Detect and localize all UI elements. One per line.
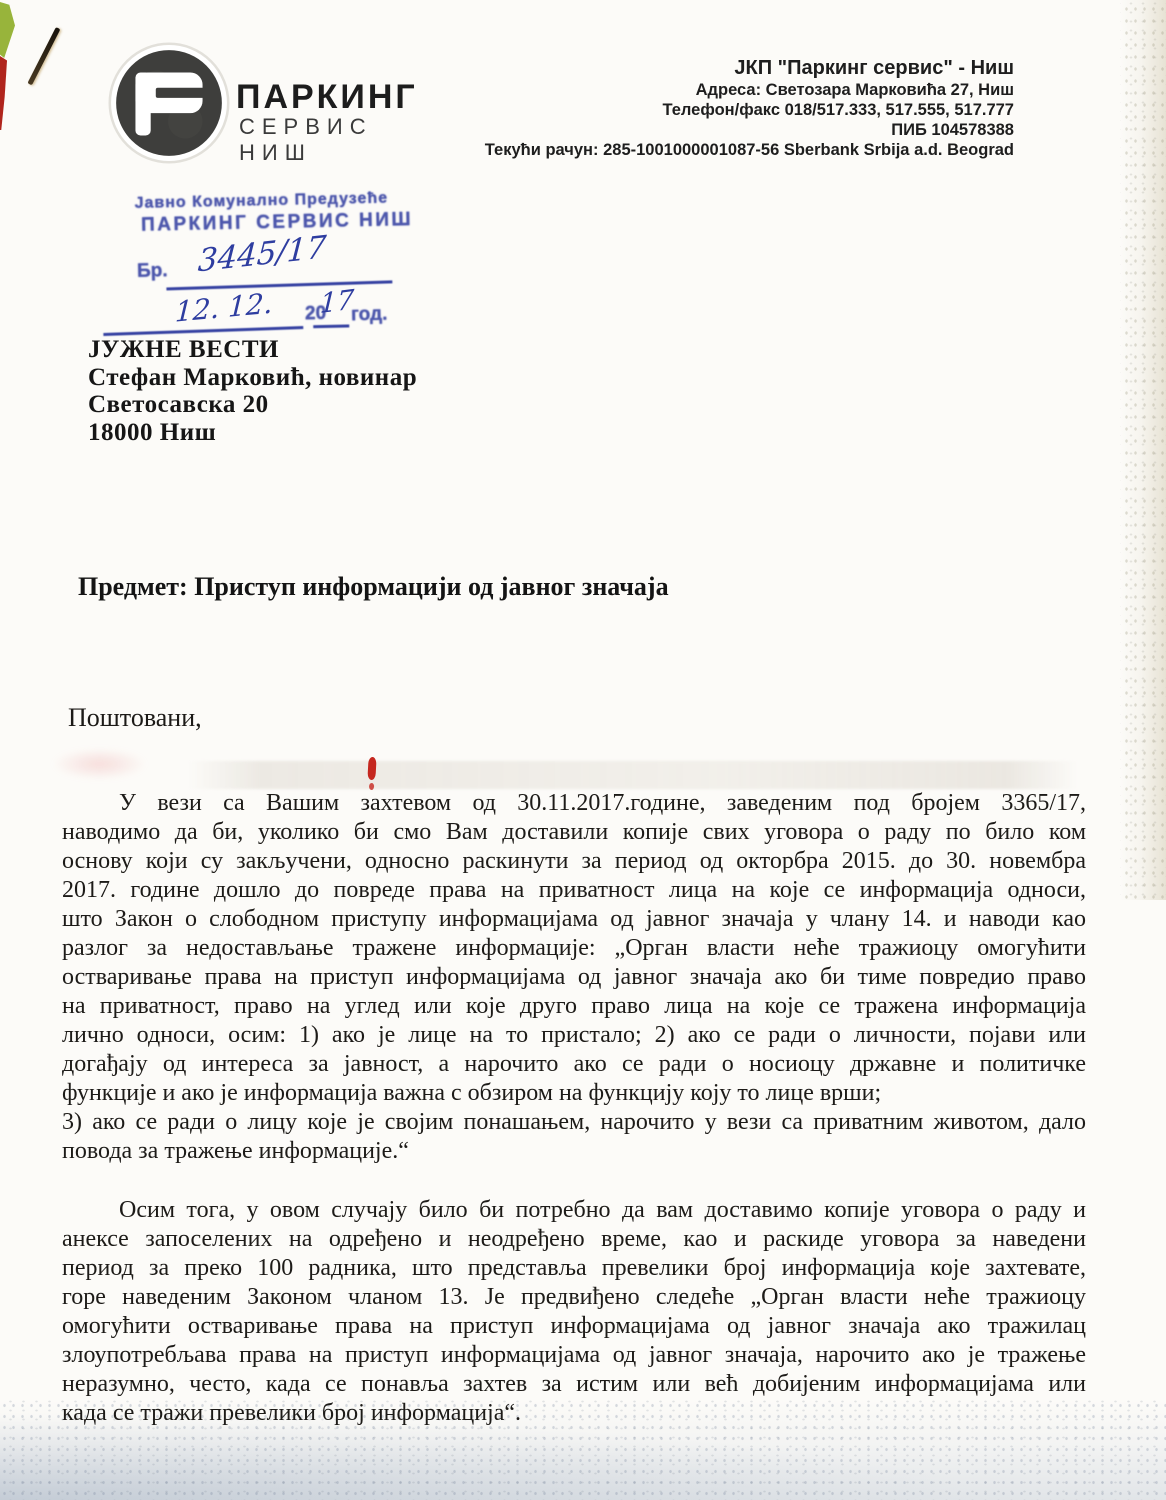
recipient-person: Стефан Марковић, новинар: [88, 364, 417, 392]
text-line: У вези са Вашим захтевом од 30.11.2017.г…: [62, 789, 1086, 818]
text-line: на приватност, право на углед или које д…: [62, 992, 1086, 1021]
letterhead-company: ЈКП "Паркинг сервис" - Ниш: [374, 56, 1014, 80]
text-line: горе наведеним Законом чланом 13. Је пре…: [62, 1283, 1086, 1312]
text-line: што Закон о слободном приступу информаци…: [62, 905, 1086, 934]
stamp-underline-1: [166, 280, 392, 290]
stamp-handwritten-date: 12. 12.: [174, 286, 273, 328]
green-corner-artifact: [0, 2, 15, 58]
stamp-handwritten-number: 3445/17: [197, 229, 327, 279]
recipient-street: Светосавска 20: [88, 391, 417, 419]
text-line: анексе запоселених на одређено и неодређ…: [62, 1225, 1086, 1254]
parking-p-icon: [108, 42, 230, 164]
text-line: функције и ако је информација важна с об…: [62, 1079, 1086, 1108]
text-line: злоупотребљава права на приступ информац…: [62, 1341, 1086, 1370]
stamp-number-label: Бр.: [137, 260, 168, 283]
salutation: Поштовани,: [68, 703, 202, 733]
subject-line: Предмет: Приступ информацији од јавног з…: [78, 572, 669, 602]
body-paragraph-2: Осим тога, у овом случају било би потреб…: [62, 1196, 1086, 1428]
text-line: остваривање права на приступ информација…: [62, 963, 1086, 992]
stamp-underline-2: [103, 326, 303, 336]
stamp-year-suffix: год.: [351, 304, 388, 327]
text-line: разлог за недостављање тражене информаци…: [62, 934, 1086, 963]
text-line: период за преко 100 радника, што предста…: [62, 1254, 1086, 1283]
letterhead: ЈКП "Паркинг сервис" - Ниш Адреса: Свето…: [374, 56, 1014, 160]
text-line: догађају од интереса за јавност, а нароч…: [62, 1050, 1086, 1079]
recipient-block: ЈУЖНЕ ВЕСТИ Стефан Марковић, новинар Све…: [88, 336, 417, 446]
text-line: омогућити остваривање права на приступ и…: [62, 1312, 1086, 1341]
text-line: наводимо да би, уколико би смо Вам доста…: [62, 818, 1086, 847]
text-line: Осим тога, у овом случају било би потреб…: [62, 1196, 1086, 1225]
text-line: 2017. године дошло до повреде права на п…: [62, 876, 1086, 905]
text-line: неразумно, често, када се понавља захтев…: [62, 1370, 1086, 1399]
scanned-letter-page: ПАРКИНГ СЕРВИС НИШ ЈКП "Паркинг сервис" …: [0, 0, 1166, 1500]
text-line: 3) ако се ради о лицу које је својим пон…: [62, 1108, 1086, 1137]
pink-ink-smear: [52, 748, 147, 780]
letterhead-address: Адреса: Светозара Марковића 27, Ниш: [374, 80, 1014, 100]
gray-scan-band: [188, 761, 1078, 789]
recipient-city: 18000 Ниш: [88, 419, 417, 447]
letterhead-phone: Телефон/факс 018/517.333, 517.555, 517.7…: [374, 100, 1014, 120]
received-stamp: Јавно Комунално Предузеће ПАРКИНГ СЕРВИС…: [98, 188, 451, 345]
text-line: лично односи, осим: 1) ако је лице на то…: [62, 1021, 1086, 1050]
letterhead-tax-id: ПИБ 104578388: [374, 120, 1014, 140]
text-line: основу који су закључени, односно раскин…: [62, 847, 1086, 876]
stamp-line2: ПАРКИНГ СЕРВИС НИШ: [141, 209, 413, 237]
stamp-underline-3: [313, 324, 349, 328]
red-corner-artifact: [0, 56, 9, 130]
letterhead-bank-account: Текући рачун: 285-1001000001087-56 Sberb…: [374, 140, 1014, 160]
text-line: повода за тражење информације.“: [62, 1137, 1086, 1166]
recipient-organization: ЈУЖНЕ ВЕСТИ: [88, 336, 417, 364]
text-line: када се тражи превелики број информација…: [62, 1399, 1086, 1428]
right-edge-scan-shadow: [1120, 0, 1166, 900]
body-paragraph-1: У вези са Вашим захтевом од 30.11.2017.г…: [62, 789, 1086, 1166]
stamp-handwritten-year: 17: [319, 284, 355, 320]
pen-stroke-mark: [27, 27, 60, 85]
brand-subtitle: СЕРВИС НИШ: [239, 114, 373, 166]
